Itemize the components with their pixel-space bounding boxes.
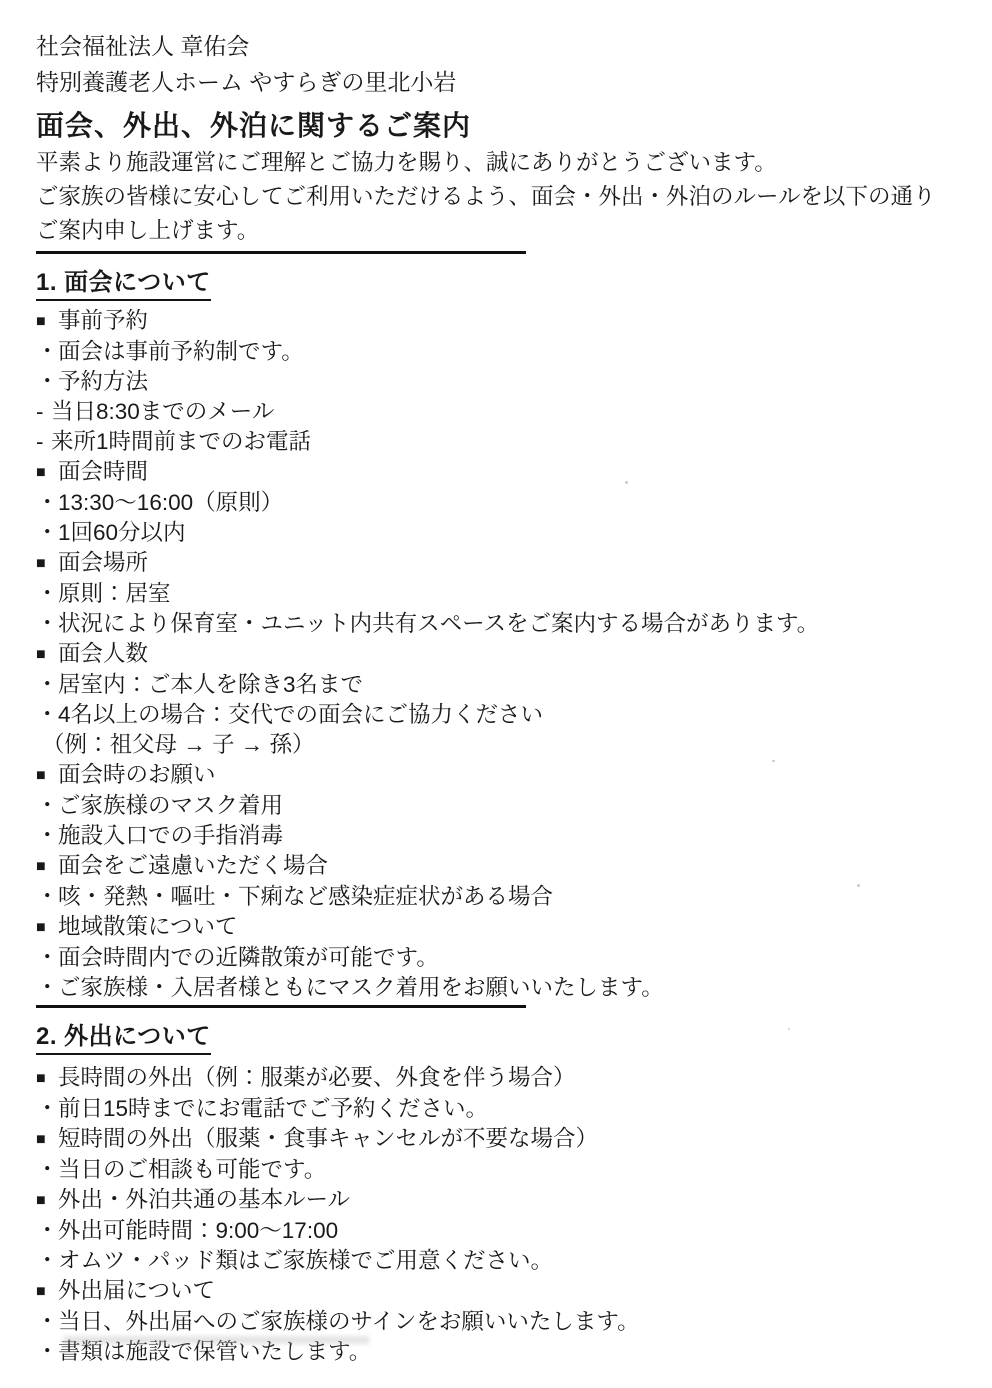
list-item: ・当日、外出届へのご家族様のサインをお願いいたします。 <box>36 1307 968 1337</box>
facility-name: 特別養護老人ホーム やすらぎの里北小岩 <box>36 64 968 100</box>
list-item-text: 状況により保育室・ユニット内共有スペースをご案内する場合があります。 <box>58 611 819 636</box>
section-divider <box>36 1005 526 1008</box>
bullet-marker: ・ <box>36 579 58 609</box>
list-item-text: 面会時間内での近隣散策が可能です。 <box>58 945 439 970</box>
list-item: -当日8:30までのメール <box>36 397 968 427</box>
list-item: ・当日のご相談も可能です。 <box>36 1155 968 1185</box>
bullet-marker: ■ <box>36 549 58 579</box>
list-item-text: 原則：居室 <box>58 581 171 606</box>
section-1-heading: 1. 面会について <box>36 268 968 301</box>
list-item-text: 地域散策について <box>58 914 238 939</box>
list-item-text: 面会は事前予約制です。 <box>58 339 304 364</box>
list-item: ・予約方法 <box>36 367 968 397</box>
bullet-marker: ■ <box>36 1064 58 1094</box>
list-item-text: 面会時間 <box>58 459 148 484</box>
list-item: ・施設入口での手指消毒 <box>36 821 968 851</box>
bullet-marker: ・ <box>36 882 58 912</box>
bullet-marker: ■ <box>36 307 58 337</box>
list-item: ・原則：居室 <box>36 579 968 609</box>
list-item: ■事前予約 <box>36 306 968 337</box>
bullet-marker: ・ <box>36 670 58 700</box>
list-item-text: 外出届について <box>58 1278 215 1303</box>
list-item: ■短時間の外出（服薬・食事キャンセルが不要な場合） <box>36 1124 968 1155</box>
bullet-marker: ・ <box>36 488 58 518</box>
bullet-marker: ・ <box>36 791 58 821</box>
bullet-marker: ・ <box>36 337 58 367</box>
list-item-text: 面会人数 <box>58 641 148 666</box>
bullet-marker: ・ <box>36 943 58 973</box>
list-item: ・前日15時までにお電話でご予約ください。 <box>36 1094 968 1124</box>
list-item-text: 前日15時までにお電話でご予約ください。 <box>58 1096 488 1121</box>
list-item: ・面会は事前予約制です。 <box>36 337 968 367</box>
list-item: ・1回60分以内 <box>36 518 968 548</box>
list-item: ・状況により保育室・ユニット内共有スペースをご案内する場合があります。 <box>36 609 968 639</box>
list-item-text: （例：祖父母 → 子 → 孫） <box>42 732 315 757</box>
bullet-marker: ・ <box>36 700 58 730</box>
list-item-text: 来所1時間前までのお電話 <box>51 429 311 454</box>
section-2-heading: 2. 外出について <box>36 1022 968 1055</box>
list-item-text: 施設入口での手指消毒 <box>58 823 283 848</box>
scan-speck <box>625 481 628 484</box>
list-item: ■面会場所 <box>36 548 968 579</box>
list-item-text: 当日、外出届へのご家族様のサインをお願いいたします。 <box>58 1309 640 1334</box>
list-item-text: 居室内：ご本人を除き3名まで <box>58 672 363 697</box>
list-item-text: ご家族様・入居者様ともにマスク着用をお願いいたします。 <box>58 975 664 1000</box>
list-item-text: 面会場所 <box>58 550 148 575</box>
list-item-text: ご家族様のマスク着用 <box>58 793 283 818</box>
list-item-text: 当日のご相談も可能です。 <box>58 1157 326 1182</box>
list-item: ・面会時間内での近隣散策が可能です。 <box>36 943 968 973</box>
bullet-marker: ■ <box>36 458 58 488</box>
list-item: ・ご家族様のマスク着用 <box>36 791 968 821</box>
bullet-marker: ・ <box>36 609 58 639</box>
section-divider <box>36 251 526 254</box>
list-item-text: 短時間の外出（服薬・食事キャンセルが不要な場合） <box>58 1126 598 1151</box>
section-2-heading-text: 2. 外出について <box>36 1022 211 1055</box>
list-item: ■面会人数 <box>36 639 968 670</box>
list-item-text: 長時間の外出（例：服薬が必要、外食を伴う場合） <box>58 1065 576 1090</box>
intro-line-1: 平素より施設運営にご理解とご協力を賜り、誠にありがとうございます。 <box>36 146 968 180</box>
list-item-text: オムツ・パッド類はご家族様でご用意ください。 <box>58 1248 553 1273</box>
bullet-marker: ・ <box>36 1337 58 1367</box>
list-item-text: 事前予約 <box>58 308 148 333</box>
bullet-marker: ■ <box>36 1186 58 1216</box>
list-item-text: 4名以上の場合：交代での面会にご協力ください <box>58 702 543 727</box>
bullet-marker: ・ <box>36 1155 58 1185</box>
bullet-marker: ■ <box>36 852 58 882</box>
section-1-heading-text: 1. 面会について <box>36 268 211 301</box>
list-item: ■面会時間 <box>36 457 968 488</box>
list-item: ・居室内：ご本人を除き3名まで <box>36 670 968 700</box>
list-item-text: 当日8:30までのメール <box>51 399 274 424</box>
bullet-marker: ■ <box>36 1277 58 1307</box>
list-item-text: 予約方法 <box>58 369 148 394</box>
list-item-text: 外出可能時間：9:00〜17:00 <box>58 1218 338 1243</box>
bullet-marker: ・ <box>36 1094 58 1124</box>
list-item-text: 咳・発熱・嘔吐・下痢など感染症症状がある場合 <box>58 884 553 909</box>
scan-artifact <box>64 1336 369 1344</box>
list-item: ■長時間の外出（例：服薬が必要、外食を伴う場合） <box>36 1063 968 1094</box>
list-item: ■地域散策について <box>36 912 968 943</box>
intro-line-2: ご家族の皆様に安心してご利用いただけるよう、面会・外出・外泊のルールを以下の通り <box>36 180 968 214</box>
list-item: （例：祖父母 → 子 → 孫） <box>36 730 968 760</box>
bullet-marker: ・ <box>36 1246 58 1276</box>
list-item: ・13:30〜16:00（原則） <box>36 488 968 518</box>
bullet-marker: ■ <box>36 1125 58 1155</box>
bullet-marker: ・ <box>36 821 58 851</box>
bullet-marker: ・ <box>36 973 58 1003</box>
list-item-text: 面会時のお願い <box>58 762 216 787</box>
bullet-marker: - <box>36 397 51 427</box>
section-2-list: ■長時間の外出（例：服薬が必要、外食を伴う場合） ・前日15時までにお電話でご予… <box>36 1063 968 1367</box>
bullet-marker: ・ <box>36 1216 58 1246</box>
bullet-marker: ■ <box>36 640 58 670</box>
intro-line-3: ご案内申し上げます。 <box>36 214 968 248</box>
list-item: ・外出可能時間：9:00〜17:00 <box>36 1216 968 1246</box>
list-item: ・オムツ・パッド類はご家族様でご用意ください。 <box>36 1246 968 1276</box>
document-page: 社会福祉法人 章佑会 特別養護老人ホーム やすらぎの里北小岩 面会、外出、外泊に… <box>0 0 992 1388</box>
list-item: ■面会をご遠慮いただく場合 <box>36 851 968 882</box>
bullet-marker: ・ <box>36 1307 58 1337</box>
org-name: 社会福祉法人 章佑会 <box>36 28 968 64</box>
list-item: ■外出届について <box>36 1276 968 1307</box>
list-item: ■面会時のお願い <box>36 760 968 791</box>
list-item-text: 外出・外泊共通の基本ルール <box>58 1187 350 1212</box>
section-1-list: ■事前予約 ・面会は事前予約制です。 ・予約方法 -当日8:30までのメール -… <box>36 306 968 1003</box>
bullet-marker: ■ <box>36 761 58 791</box>
bullet-marker: - <box>36 427 51 457</box>
list-item: ・ご家族様・入居者様ともにマスク着用をお願いいたします。 <box>36 973 968 1003</box>
bullet-marker: ■ <box>36 913 58 943</box>
bullet-marker: ・ <box>36 518 58 548</box>
list-item: ・4名以上の場合：交代での面会にご協力ください <box>36 700 968 730</box>
list-item: ・咳・発熱・嘔吐・下痢など感染症症状がある場合 <box>36 882 968 912</box>
list-item-text: 13:30〜16:00（原則） <box>58 490 283 515</box>
page-title: 面会、外出、外泊に関するご案内 <box>36 106 968 146</box>
list-item-text: 面会をご遠慮いただく場合 <box>58 853 328 878</box>
list-item: ■外出・外泊共通の基本ルール <box>36 1185 968 1216</box>
bullet-marker: ・ <box>36 367 58 397</box>
list-item: -来所1時間前までのお電話 <box>36 427 968 457</box>
scan-speck <box>857 884 860 887</box>
list-item-text: 1回60分以内 <box>58 520 186 545</box>
scan-speck <box>788 1028 790 1030</box>
scan-speck <box>772 760 775 762</box>
